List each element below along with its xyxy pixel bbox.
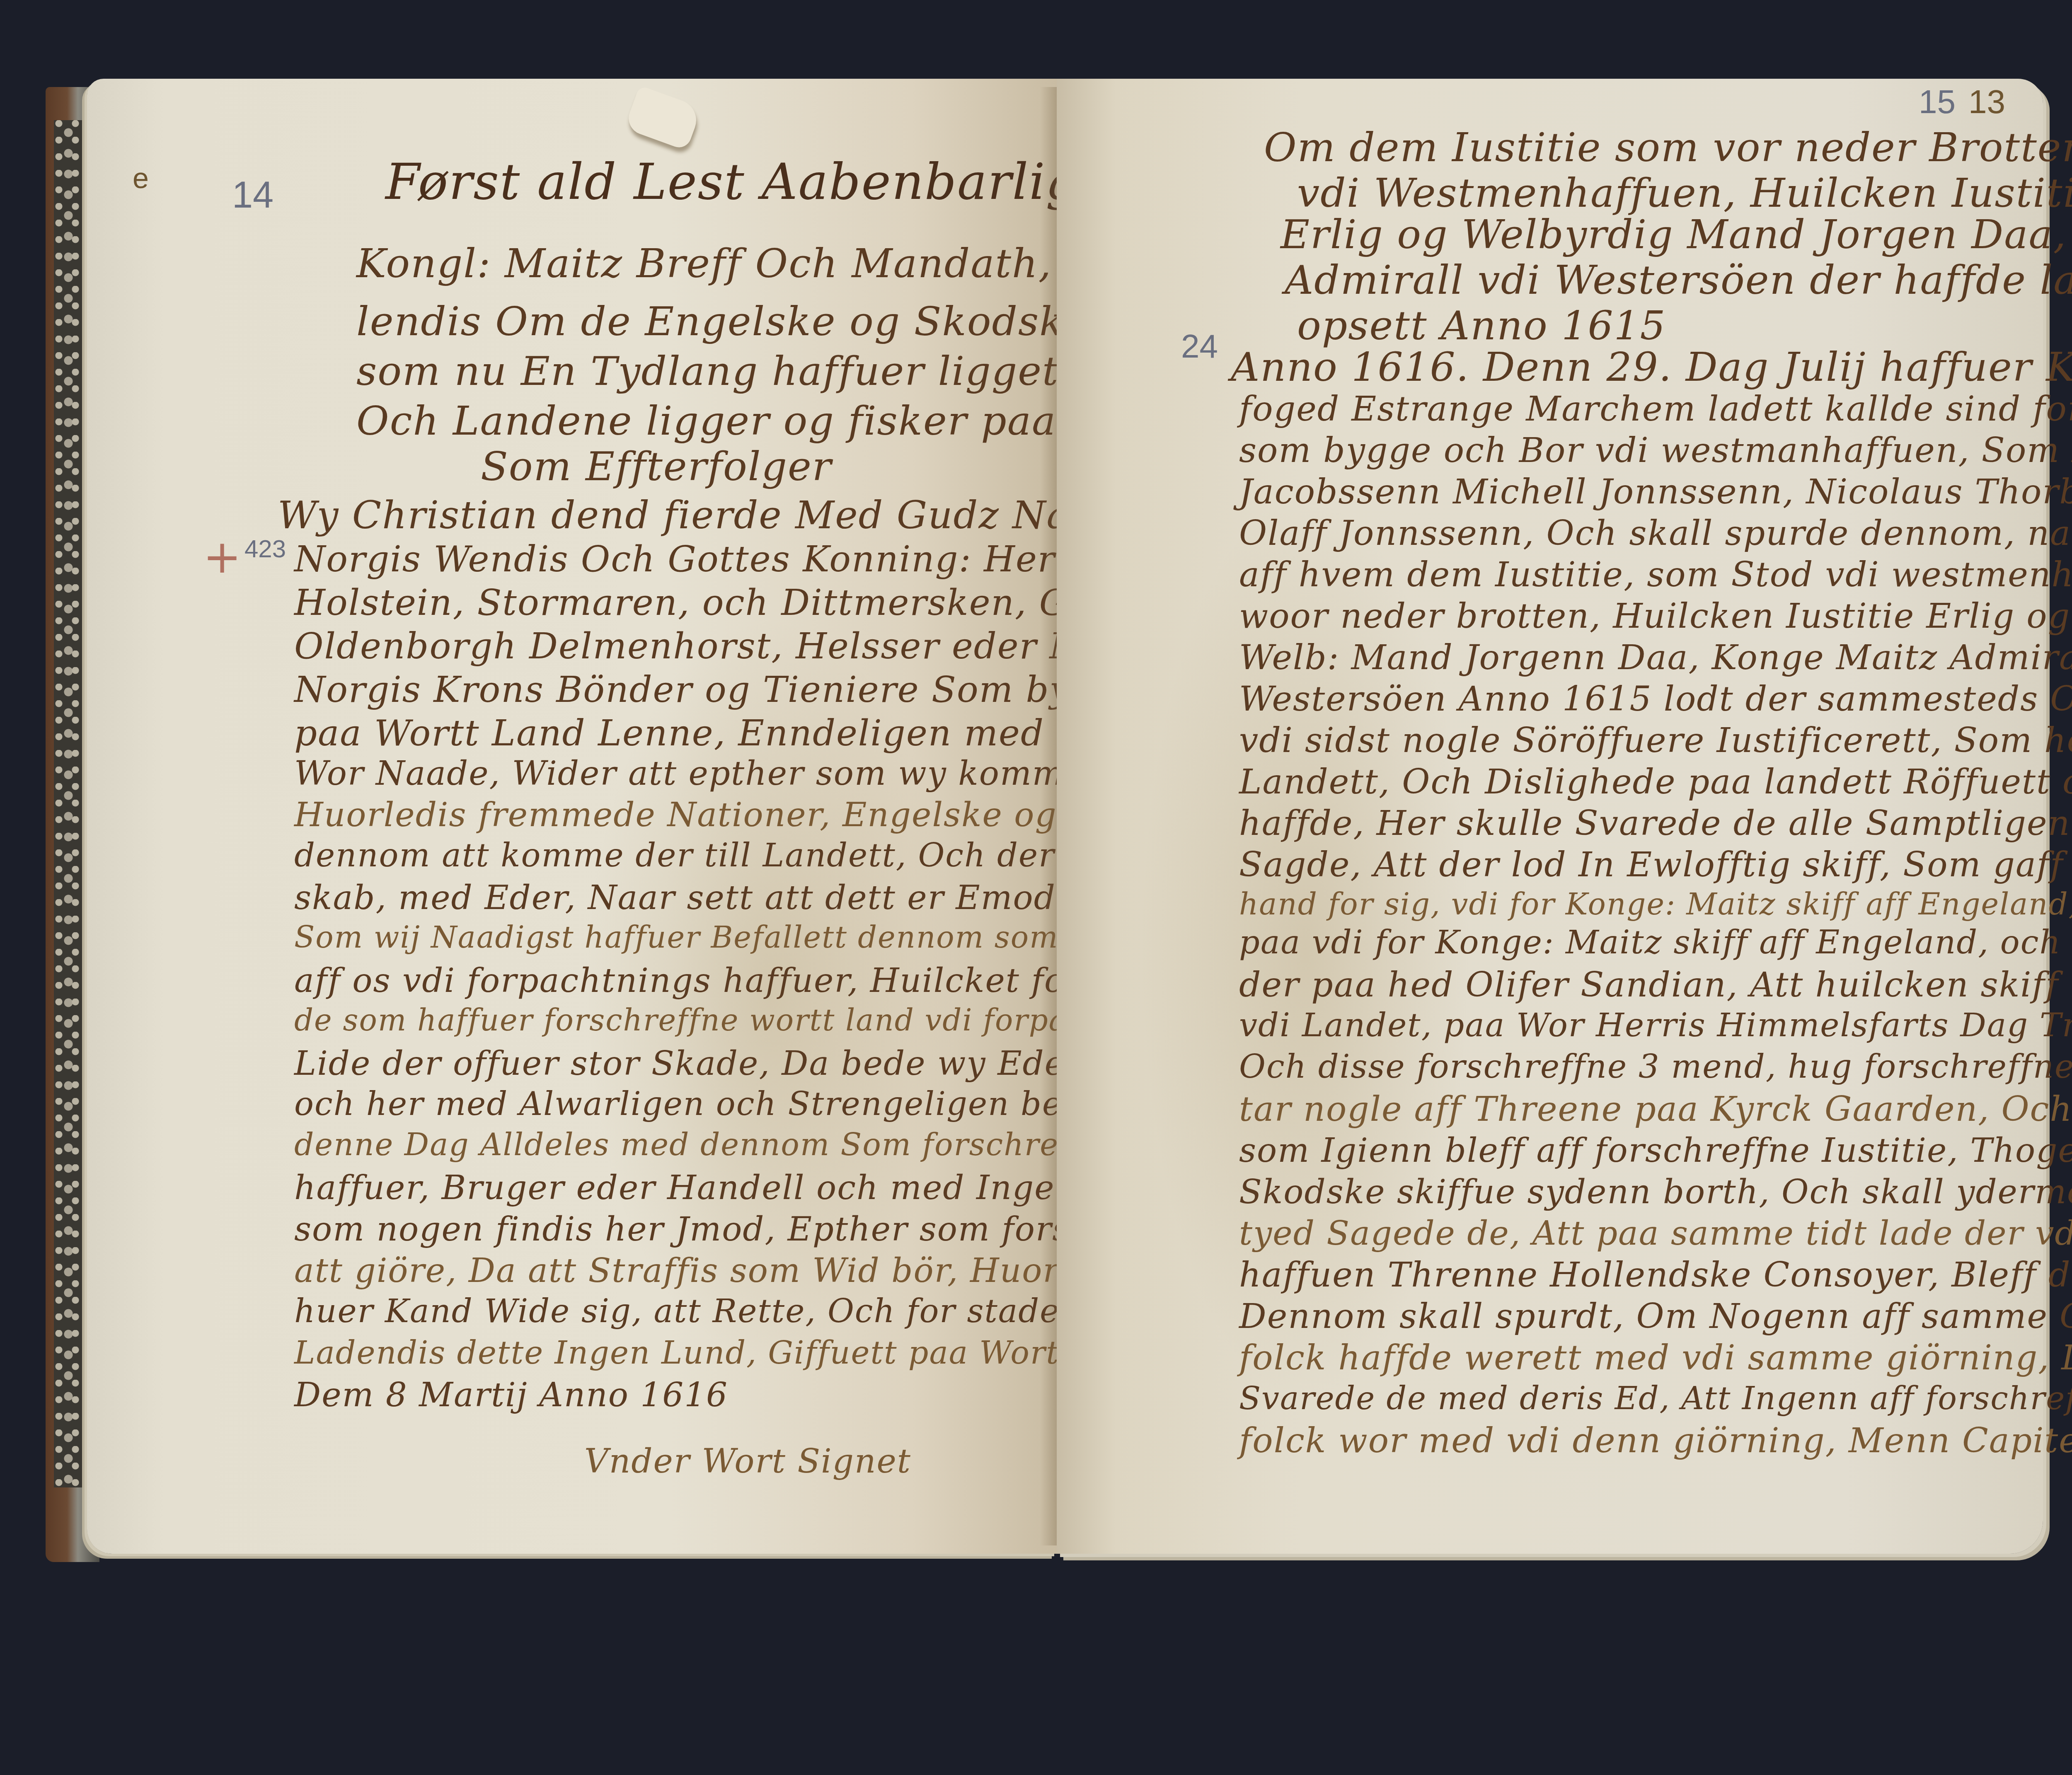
text-line: tyed Sagede de, Att paa samme tidt lade … [1239, 1214, 2072, 1253]
right-page: 15 13 24 Om dem Iustitie som vor neder B… [1057, 79, 2043, 1554]
text-line: Svarede de med deris Ed, Att Ingenn aff … [1239, 1380, 2072, 1417]
signature-line: Vnder Wort Signet [584, 1442, 911, 1480]
text-line: woor neder brotten, Huilcken Iustitie Er… [1239, 597, 2070, 636]
heading-line: Admirall vdi Westersöen der haffde ladet… [1285, 257, 2072, 303]
red-cross-mark: + [203, 530, 241, 583]
text-line: vdi Landet, paa Wor Herris Himmelsfarts … [1239, 1007, 2072, 1044]
text-line: tar nogle aff Threene paa Kyrck Gaarden,… [1239, 1090, 2072, 1129]
text-line: Westersöen Anno 1615 lodt der sammesteds… [1239, 680, 2072, 719]
text-line: som Igienn bleff aff forschreffne Iustit… [1239, 1131, 2072, 1170]
text-line: som bygge och Bor vdi westmanhaffuen, So… [1239, 431, 2072, 470]
page-heading: Først ald Lest Aabenbarligen [385, 153, 1142, 211]
pencil-folio-number: 15 [1919, 83, 1956, 121]
heading-line: opsett Anno 1615 [1297, 302, 1666, 349]
heading-line: Erlig og Welbyrdig Mand Jorgen Daa, K: M… [1280, 211, 2072, 258]
folded-paper-corner [624, 85, 702, 151]
text-line: aff hvem dem Iustitie, som Stod vdi west… [1239, 555, 2072, 595]
text-line: foged Estrange Marchem ladett kallde sin… [1239, 389, 2072, 429]
text-line: Olaff Jonnssenn, Och skall spurde dennom… [1239, 514, 2072, 553]
text-line: Jacobssenn Michell Jonnssenn, Nicolaus T… [1239, 472, 2072, 512]
corner-mark: e [133, 162, 149, 195]
text-line: Dennom skall spurdt, Om Nogenn aff samme… [1239, 1297, 2072, 1336]
heading-line: vdi Westmenhaffuen, Huilcken Iustitie [1297, 170, 2072, 216]
text-line: paa vdi for Konge: Maitz skiff aff Engel… [1239, 924, 2072, 961]
text-line: Och disse forschreffne 3 mend, hug forsc… [1239, 1048, 2072, 1086]
ink-folio-number: 13 [1968, 83, 2005, 121]
text-line: Welb: Mand Jorgenn Daa, Konge Maitz Admi… [1239, 638, 2072, 677]
text-line: folck haffde werett med vdi samme giörni… [1239, 1338, 2072, 1378]
text-line: hand for sig, vdi for Konge: Maitz skiff… [1239, 887, 2072, 921]
pencil-reference-note: 423 [244, 534, 286, 563]
text-line: folck wor med vdi denn giörning, Menn Ca… [1239, 1421, 2072, 1461]
heading-line: Om dem Iustitie som vor neder Brotten [1264, 124, 2072, 171]
text-line: haffuen Threnne Hollendske Consoyer, Ble… [1239, 1255, 2072, 1295]
text-line: Anno 1616. Denn 29. Dag Julij haffuer Ko… [1231, 344, 2072, 390]
pencil-section-number: 24 [1181, 327, 1218, 365]
text-line: Som Effterfolger [481, 443, 832, 490]
text-line: Skodske skiffue sydenn borth, Och skall … [1239, 1173, 2072, 1211]
text-line: der paa hed Olifer Sandian, Att huilcken… [1239, 965, 2072, 1005]
text-line: haffde, Her skulle Svarede de alle Sampt… [1239, 804, 2072, 843]
text-line: Sagde, Att der lod In Ewlofftig skiff, S… [1239, 845, 2064, 885]
pencil-folio-number: 14 [232, 174, 274, 217]
text-line: vdi sidst nogle Söröffuere Iustificerett… [1239, 721, 2072, 760]
open-book: e 14 + 423 Først ald Lest Aabenbarligen … [46, 70, 2047, 1570]
text-line: Landett, Och Dislighede paa landett Röff… [1239, 762, 2072, 802]
text-line: Dem 8 Martij Anno 1616 [294, 1376, 728, 1414]
marbled-endpaper [54, 120, 91, 1487]
left-page: e 14 + 423 Først ald Lest Aabenbarligen … [87, 79, 1057, 1554]
